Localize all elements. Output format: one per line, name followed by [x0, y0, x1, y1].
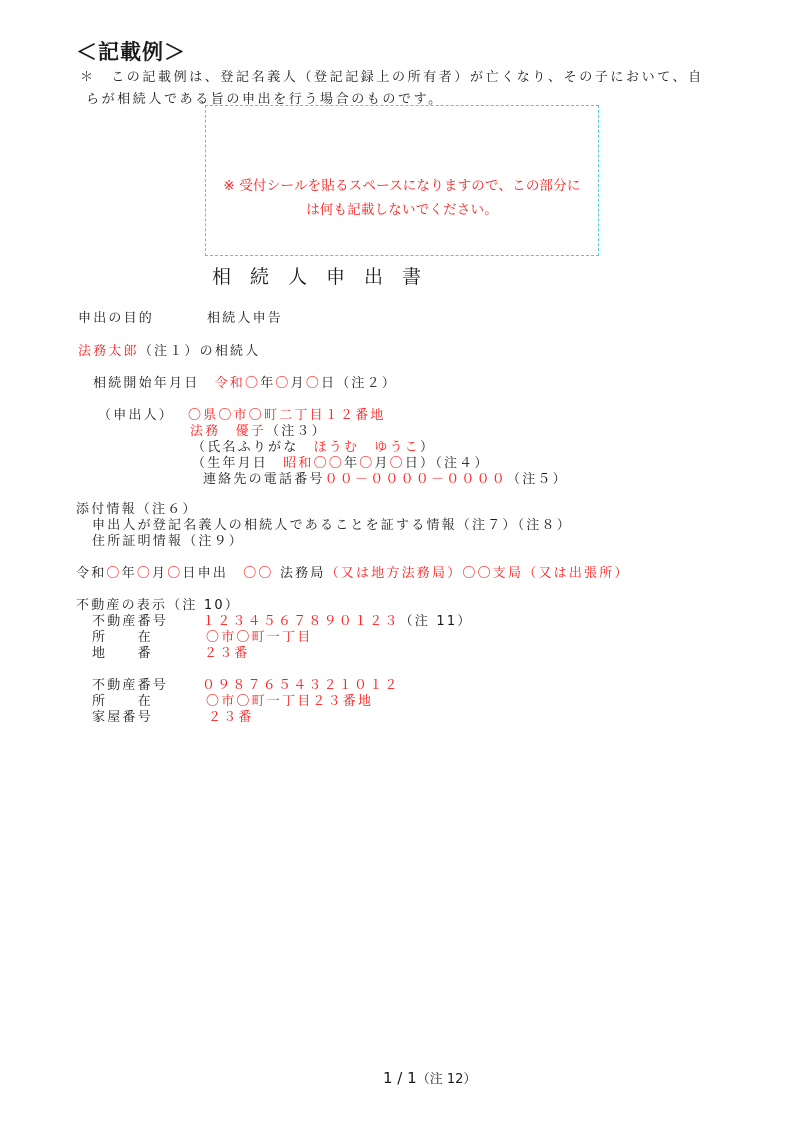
filing-line: 令和〇年〇月〇日申出 〇〇 法務局（又は地方法務局）〇〇支局（又は出張所）	[76, 562, 630, 581]
land-lot-label: 地 番	[92, 642, 153, 661]
page-heading: ＜記載例＞	[76, 36, 186, 66]
purpose-value: 相続人申告	[207, 307, 283, 326]
stamp-note-line-2: は何も記載しないでください。	[206, 198, 598, 218]
purpose-label: 申出の目的	[78, 307, 154, 326]
building-house-number: ２３番	[208, 706, 254, 725]
stamp-note-line-1: ※ 受付シールを貼るスペースになりますので、この部分に	[206, 174, 598, 194]
applicant-label: （申出人）	[98, 404, 174, 423]
attachment-item: 住所証明情報（注９）	[92, 530, 244, 549]
page-indicator: 1 / 1（注 12）	[383, 1068, 476, 1087]
document-title: 相続人申出書	[212, 262, 440, 289]
inheritance-start-line: 相続開始年月日 令和〇年〇月〇日（注２）	[93, 372, 397, 391]
decedent-name: 法務太郎	[78, 344, 139, 359]
applicant-phone-line: 連絡先の電話番号００－００００－００００（注５）	[203, 468, 568, 487]
decedent-line: 法務太郎（注１）の相続人	[78, 340, 260, 359]
building-house-label: 家屋番号	[92, 706, 153, 725]
land-lot: ２３番	[204, 642, 250, 661]
reception-stamp-area: ※ 受付シールを貼るスペースになりますので、この部分に は何も記載しないでくださ…	[205, 105, 599, 256]
intro-line-1: ＊ この記載例は、登記名義人（登記記録上の所有者）が亡くなり、その子において、自	[80, 66, 704, 85]
applicant-phone: ００－００００－００００	[325, 472, 507, 487]
